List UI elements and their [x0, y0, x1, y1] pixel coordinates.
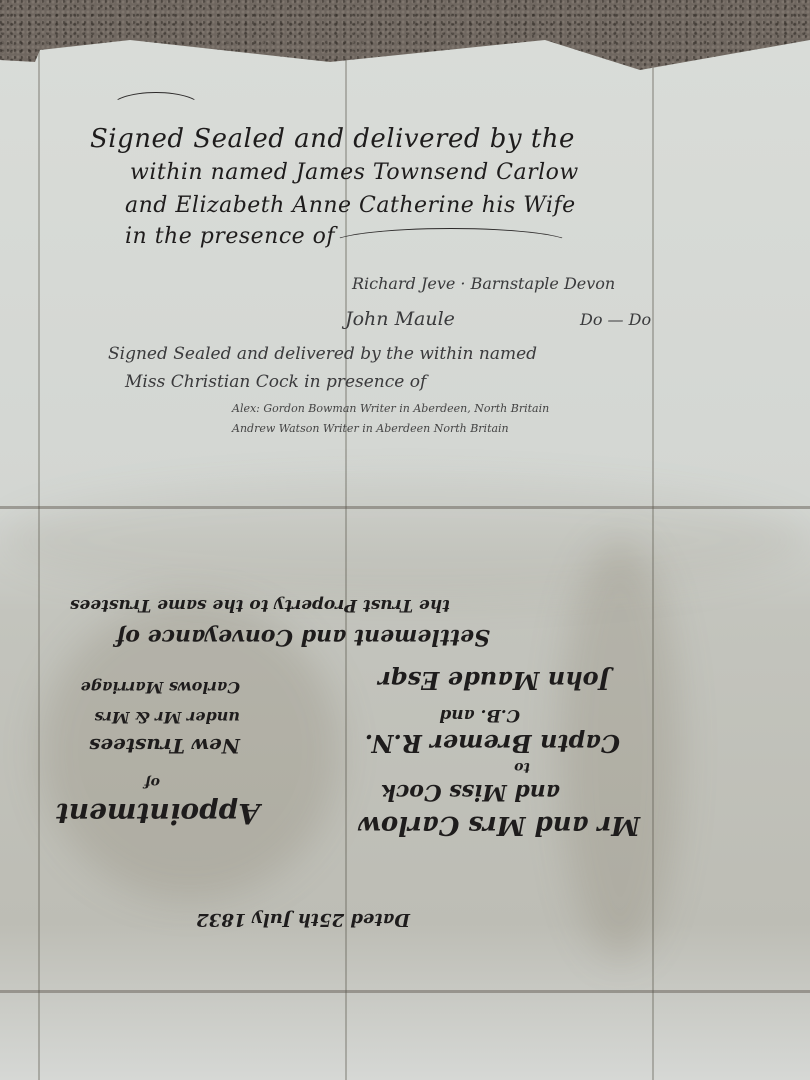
attestation-2-witness-2: Andrew Watson Writer in Aberdeen North B… [232, 422, 509, 435]
witness-2: John Maule [345, 308, 455, 330]
bracket-note-2: under Mr & Mrs [94, 708, 240, 727]
attestation-1-line-4: in the presence of [125, 224, 335, 249]
fold-line [652, 40, 654, 1080]
endorsement-parties-2: and Miss Cock [381, 779, 560, 805]
attestation-2-line-2: Miss Christian Cock in presence of [125, 372, 426, 392]
attestation-1-line-1: Signed Sealed and delivered by the [90, 124, 575, 154]
bracket-note-3: Carlows Marriage [81, 678, 240, 697]
endorsement-parties: Mr and Mrs Carlow [358, 810, 640, 840]
witness-1: Richard Jeve · Barnstaple Devon [352, 274, 615, 293]
endorsement-date: Dated 25th July 1832 [196, 909, 410, 930]
fold-line [0, 990, 810, 993]
endorsement-title: Appointment [56, 797, 260, 830]
attestation-2-witness-1: Alex: Gordon Bowman Writer in Aberdeen, … [232, 402, 549, 415]
endorsement-recipient-1: Captn Bremer R.N. [365, 729, 620, 758]
attestation-2-line-1: Signed Sealed and delivered by the withi… [108, 344, 537, 364]
endorsement-upside-down: Dated 25th July 1832 Mr and Mrs Carlow a… [40, 560, 640, 940]
flourish [330, 228, 572, 260]
attestation-1-line-3: and Elizabeth Anne Catherine his Wife [125, 193, 576, 218]
endorsement-to: to [514, 759, 530, 775]
endorsement-recipient-2: John Maude Esqr [378, 666, 610, 695]
endorsement-recipient-1b: C.B. and [439, 705, 520, 725]
endorsement-settlement: Settlement and Conveyance of [116, 624, 490, 650]
bracket-note-1: New Trustees [89, 734, 240, 758]
witness-2-ditto: Do — Do [580, 310, 651, 329]
endorsement-trust: the Trust Property to the same Trustees [70, 595, 450, 615]
attestation-1-line-2: within named James Townsend Carlow [130, 160, 579, 185]
fold-line [0, 506, 810, 509]
endorsement-of: of [145, 774, 160, 790]
flourish [110, 92, 202, 124]
